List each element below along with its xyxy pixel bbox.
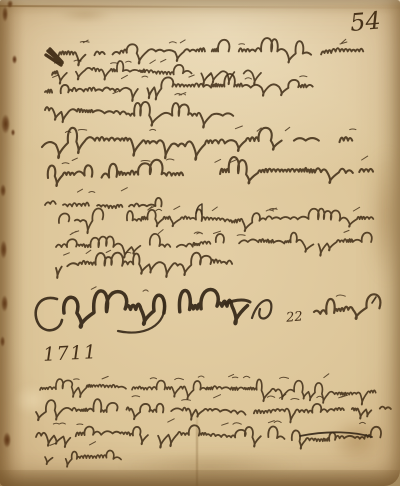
handwriting-line-a2 — [52, 61, 261, 84]
superscript-marks-a2 — [55, 59, 166, 63]
flourish-0 — [36, 298, 62, 330]
handwriting-line-a1 — [59, 38, 364, 65]
handwriting-line-place — [64, 290, 248, 328]
superscript-marks-a1 — [80, 39, 347, 44]
page-number: 54 — [349, 6, 382, 37]
date-day: 22 — [285, 309, 304, 325]
flourish-3 — [252, 300, 271, 318]
handwriting-line-b3 — [45, 198, 162, 208]
handwriting-line-month — [314, 294, 380, 319]
superscript-marks-b5 — [70, 230, 349, 236]
handwriting-line-b1 — [42, 128, 360, 160]
handwriting-line-a3 — [45, 74, 334, 101]
handwriting-line-c4 — [45, 450, 121, 466]
date-year: 1711 — [42, 341, 97, 366]
superscript-marks-month — [336, 295, 345, 296]
superscript-marks-b2 — [62, 156, 368, 164]
flourish-4 — [372, 297, 376, 303]
handwriting-line-b2 — [48, 157, 373, 186]
superscript-marks-b1 — [65, 126, 356, 133]
superscript-marks-b3 — [78, 188, 128, 193]
superscript-marks-c3 — [53, 419, 365, 425]
handwriting-line-c2 — [36, 399, 391, 422]
manuscript-page: 54 22 1711 — [0, 0, 400, 486]
handwriting-line-b6 — [56, 253, 232, 278]
handwriting-ink: 54 22 1711 — [0, 0, 400, 486]
superscript-marks-c2 — [132, 395, 348, 401]
superscript-marks-c1 — [74, 374, 329, 380]
manuscript-photo: 54 22 1711 — [0, 0, 400, 486]
handwriting-line-b4 — [59, 209, 373, 234]
superscript-marks-a3 — [53, 74, 307, 79]
handwriting-line-c1 — [40, 379, 376, 405]
handwriting-line-c3 — [36, 425, 381, 448]
handwriting-line-a4 — [45, 102, 233, 128]
